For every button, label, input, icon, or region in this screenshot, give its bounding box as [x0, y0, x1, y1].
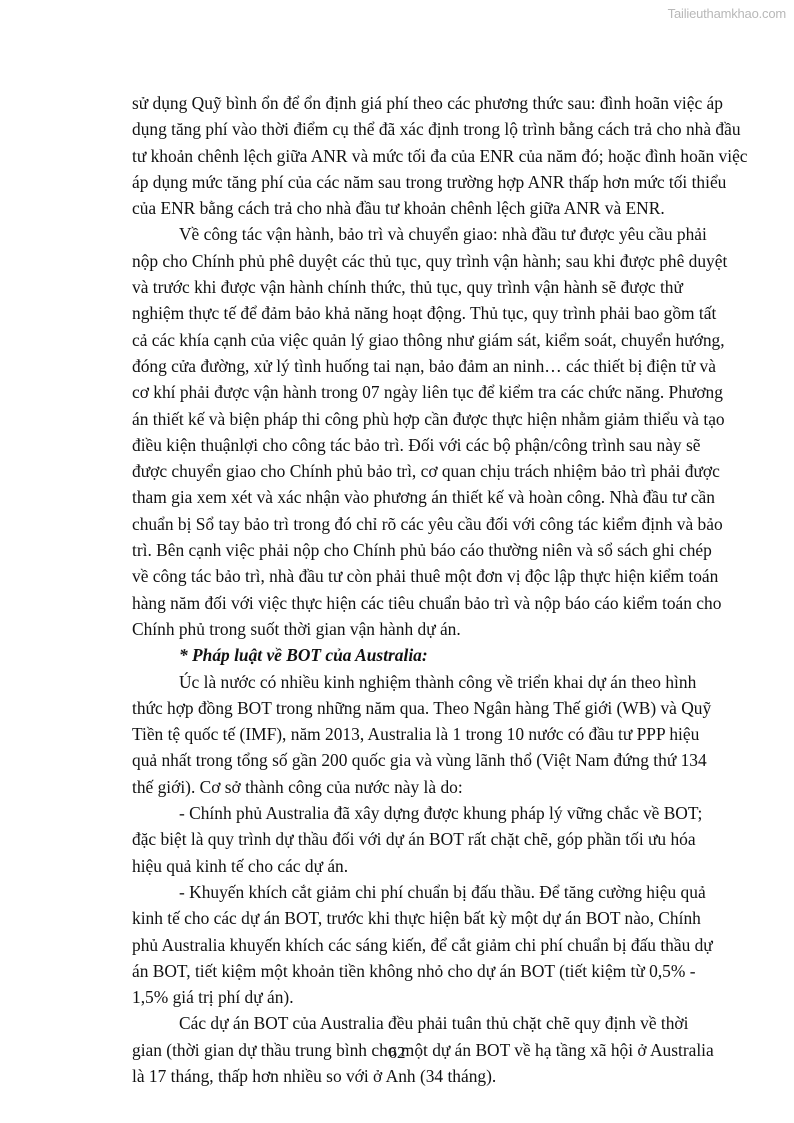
- text-line: và trước khi được vận hành chính thức, t…: [132, 274, 673, 300]
- text-line: chuẩn bị Sổ tay bảo trì trong đó chỉ rõ …: [132, 511, 673, 537]
- document-body: sử dụng Quỹ bình ổn để ổn định giá phí t…: [132, 90, 673, 1089]
- paragraph-p4: - Chính phủ Australia đã xây dựng được k…: [132, 800, 673, 879]
- text-line: đặc biệt là quy trình dự thầu đối với dự…: [132, 826, 673, 852]
- text-line: tư khoản chênh lệch giữa ANR và mức tối …: [132, 143, 673, 169]
- text-line: là 17 tháng, thấp hơn nhiều so với ở Anh…: [132, 1063, 673, 1089]
- text-line: án BOT, tiết kiệm một khoản tiền không n…: [132, 958, 673, 984]
- text-line: quả nhất trong tổng số gần 200 quốc gia …: [132, 747, 673, 773]
- text-line: điều kiện thuậnlợi cho công tác bảo trì.…: [132, 432, 673, 458]
- watermark: Tailieuthamkhao.com: [668, 6, 786, 21]
- text-line: sử dụng Quỹ bình ổn để ổn định giá phí t…: [132, 90, 673, 116]
- text-line: án thiết kế và biện pháp thi công phù hợ…: [132, 406, 673, 432]
- paragraph-p3: Úc là nước có nhiều kinh nghiệm thành cô…: [132, 669, 673, 800]
- text-line: nghiệm thực tế để đảm bảo khả năng hoạt …: [132, 300, 673, 326]
- text-line: trì. Bên cạnh việc phải nộp cho Chính ph…: [132, 537, 673, 563]
- text-line: Các dự án BOT của Australia đều phải tuâ…: [132, 1010, 673, 1036]
- text-line: Về công tác vận hành, bảo trì và chuyển …: [132, 221, 673, 247]
- text-line: của ENR bằng cách trả cho nhà đầu tư kho…: [132, 195, 673, 221]
- text-line: 1,5% giá trị phí dự án).: [132, 984, 673, 1010]
- text-line: cơ khí phải được vận hành trong 07 ngày …: [132, 379, 673, 405]
- text-line: - Khuyến khích cắt giảm chi phí chuẩn bị…: [132, 879, 673, 905]
- paragraph-p5: - Khuyến khích cắt giảm chi phí chuẩn bị…: [132, 879, 673, 1010]
- text-line: Tiền tệ quốc tế (IMF), năm 2013, Austral…: [132, 721, 673, 747]
- text-line: đóng cửa đường, xử lý tình huống tai nạn…: [132, 353, 673, 379]
- text-line: được chuyển giao cho Chính phủ bảo trì, …: [132, 458, 673, 484]
- text-line: nộp cho Chính phủ phê duyệt các thủ tục,…: [132, 248, 673, 274]
- text-line: kinh tế cho các dự án BOT, trước khi thự…: [132, 905, 673, 931]
- text-line: hiệu quả kinh tế cho các dự án.: [132, 853, 673, 879]
- paragraph-p1: sử dụng Quỹ bình ổn để ổn định giá phí t…: [132, 90, 673, 221]
- text-line: thế giới). Cơ sở thành công của nước này…: [132, 774, 673, 800]
- text-line: về công tác bảo trì, nhà đầu tư còn phải…: [132, 563, 673, 589]
- text-line: dụng tăng phí vào thời điểm cụ thể đã xá…: [132, 116, 673, 142]
- text-line: Chính phủ trong suốt thời gian vận hành …: [132, 616, 673, 642]
- text-line: tham gia xem xét và xác nhận vào phương …: [132, 484, 673, 510]
- text-line: phủ Australia khuyến khích các sáng kiến…: [132, 932, 673, 958]
- text-line: - Chính phủ Australia đã xây dựng được k…: [132, 800, 673, 826]
- page-number: 62: [0, 1043, 794, 1063]
- text-line: cả các khía cạnh của việc quản lý giao t…: [132, 327, 673, 353]
- text-line: áp dụng mức tăng phí của các năm sau tro…: [132, 169, 673, 195]
- text-line: hàng năm đối với việc thực hiện các tiêu…: [132, 590, 673, 616]
- section-heading: * Pháp luật về BOT của Australia:: [132, 642, 673, 668]
- paragraph-p2: Về công tác vận hành, bảo trì và chuyển …: [132, 221, 673, 642]
- text-line: thức hợp đồng BOT trong những năm qua. T…: [132, 695, 673, 721]
- text-line: Úc là nước có nhiều kinh nghiệm thành cô…: [132, 669, 673, 695]
